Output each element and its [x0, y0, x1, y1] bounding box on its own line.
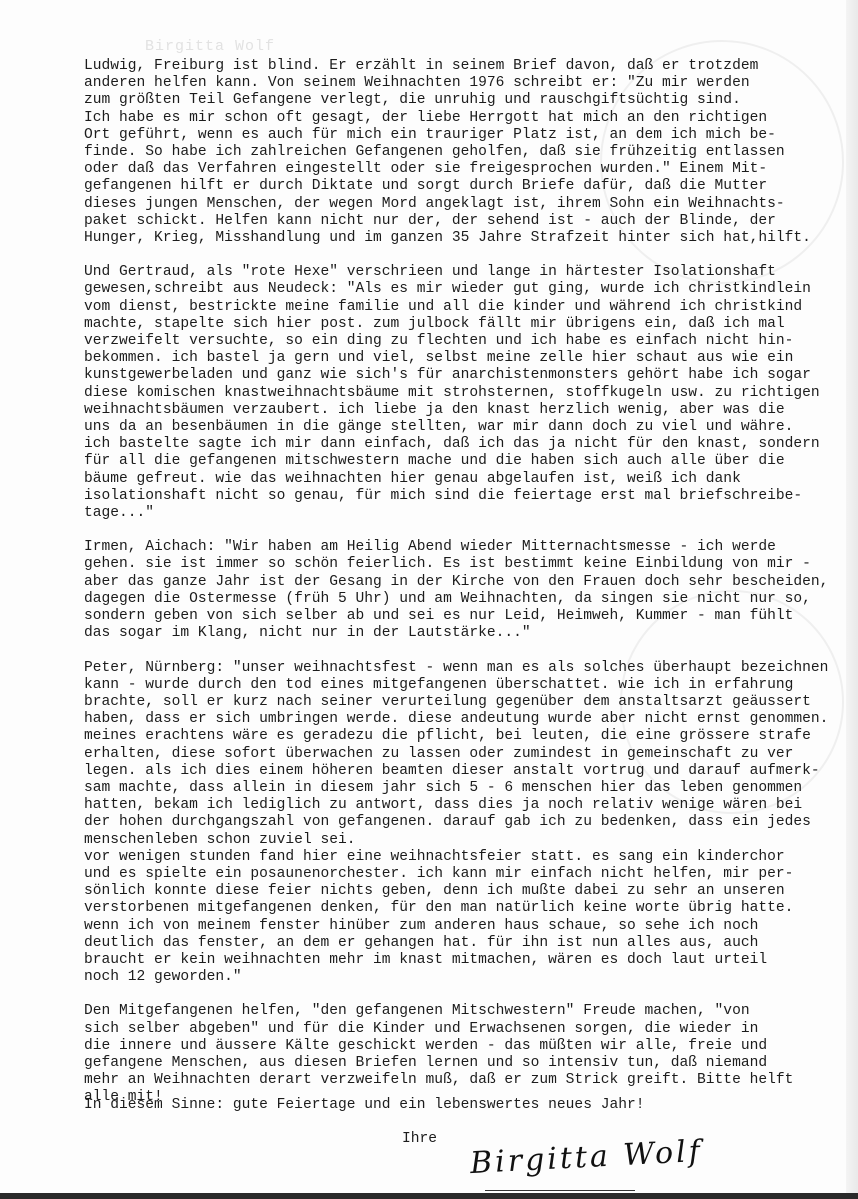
salutation: Ihre [402, 1131, 437, 1147]
signature-text: Birgitta Wolf [469, 1134, 703, 1181]
text-line: Ludwig, Freiburg ist blind. Er erzählt i… [84, 58, 854, 75]
text-line: die innere und äussere Kälte geschickt w… [84, 1038, 854, 1055]
text-line: wenn ich von meinem fenster hinüber zum … [84, 918, 854, 935]
paragraph-gap [84, 986, 854, 1003]
text-line: finde. So habe ich zahlreichen Gefangene… [84, 144, 854, 161]
paragraph-gap [84, 522, 854, 539]
text-line: bekommen. ich bastel ja gern und viel, s… [84, 350, 854, 367]
text-line: diese komischen knastweihnachtsbäume mit… [84, 385, 854, 402]
show-through-header: Birgitta Wolf [145, 38, 275, 55]
letter-paragraph: Peter, Nürnberg: "unser weihnachtsfest -… [84, 660, 854, 987]
text-line: Den Mitgefangenen helfen, "den gefangene… [84, 1003, 854, 1020]
text-line: tage..." [84, 505, 854, 522]
text-line: sönlich konnte diese feier nichts geben,… [84, 883, 854, 900]
paragraph-gap [84, 247, 854, 264]
closing-line: In diesem Sinne: gute Feiertage und ein … [84, 1097, 645, 1113]
text-line: gehen. sie ist immer so schön feierlich.… [84, 556, 854, 573]
text-line: gefangene Menschen, aus diesen Briefen l… [84, 1055, 854, 1072]
text-line: haben, dass er sich umbringen werde. die… [84, 711, 854, 728]
text-line: uns da an besenbäumen in die gänge stell… [84, 419, 854, 436]
text-line: noch 12 geworden." [84, 969, 854, 986]
handwritten-signature: Birgitta Wolf [470, 1140, 730, 1199]
text-line: erhalten, diese sofort überwachen zu las… [84, 746, 854, 763]
letter-paragraph: Und Gertraud, als "rote Hexe" verschriee… [84, 264, 854, 522]
text-line: isolationshaft nicht so genau, für mich … [84, 488, 854, 505]
letter-paragraph: Irmen, Aichach: "Wir haben am Heilig Abe… [84, 539, 854, 642]
text-line: Hunger, Krieg, Misshandlung und im ganze… [84, 230, 854, 247]
text-line: Ich habe es mir schon oft gesagt, der li… [84, 110, 854, 127]
text-line: anderen helfen kann. Von seinem Weihnach… [84, 75, 854, 92]
text-line: menschenleben schon zuviel sei. [84, 832, 854, 849]
letter-paragraph: Den Mitgefangenen helfen, "den gefangene… [84, 1003, 854, 1106]
text-line: ich bastelte sagte ich mir dann einfach,… [84, 436, 854, 453]
text-line: Und Gertraud, als "rote Hexe" verschriee… [84, 264, 854, 281]
text-line: verzweifelt versuchte, so ein ding zu fl… [84, 333, 854, 350]
letter-paragraph: Ludwig, Freiburg ist blind. Er erzählt i… [84, 58, 854, 247]
text-line: gefangenen hilft er durch Diktate und so… [84, 178, 854, 195]
text-line: aber das ganze Jahr ist der Gesang in de… [84, 574, 854, 591]
text-line: dieses jungen Menschen, der wegen Mord a… [84, 196, 854, 213]
text-line: weihnachtsbäumen verzaubert. ich liebe j… [84, 402, 854, 419]
text-line: gewesen,schreibt aus Neudeck: "Als es mi… [84, 281, 854, 298]
text-line: bäume gefreut. wie das weihnachten hier … [84, 471, 854, 488]
text-line: sondern geben von sich selber ab und sei… [84, 608, 854, 625]
signature-underline [485, 1190, 635, 1191]
text-line: der hohen durchgangszahl von gefangenen.… [84, 814, 854, 831]
text-line: das sogar im Klang, nicht nur in der Lau… [84, 625, 854, 642]
letter-page: Birgitta Wolf Ludwig, Freiburg ist blind… [0, 0, 858, 1199]
text-line: kunstgewerbeladen und ganz wie sich's fü… [84, 367, 854, 384]
text-line: brachte, soll er kurz nach seiner verurt… [84, 694, 854, 711]
text-line: paket schickt. Helfen kann nicht nur der… [84, 213, 854, 230]
text-line: für all die gefangenen mitschwestern mac… [84, 453, 854, 470]
text-line: verstorbenen mitgefangenen denken, für d… [84, 900, 854, 917]
text-line: Irmen, Aichach: "Wir haben am Heilig Abe… [84, 539, 854, 556]
text-line: oder daß das Verfahren eingestellt oder … [84, 161, 854, 178]
text-line: und es spielte ein posaunenorchester. ic… [84, 866, 854, 883]
text-line: sich selber abgeben" und für die Kinder … [84, 1021, 854, 1038]
text-line: zum größten Teil Gefangene verlegt, die … [84, 92, 854, 109]
text-line: Peter, Nürnberg: "unser weihnachtsfest -… [84, 660, 854, 677]
scan-bottom-edge [0, 1193, 858, 1199]
text-line: hatten, bekam ich lediglich zu antwort, … [84, 797, 854, 814]
text-line: machte, stapelte sich hier post. zum jul… [84, 316, 854, 333]
paragraph-gap [84, 643, 854, 660]
text-line: braucht er kein weihnachten mehr im knas… [84, 952, 854, 969]
text-line: Ort geführt, wenn es auch für mich ein t… [84, 127, 854, 144]
text-line: kann - wurde durch den tod eines mitgefa… [84, 677, 854, 694]
text-line: sam machte, dass allein in diesem jahr s… [84, 780, 854, 797]
letter-body: Ludwig, Freiburg ist blind. Er erzählt i… [84, 58, 854, 1107]
text-line: vor wenigen stunden fand hier eine weihn… [84, 849, 854, 866]
text-line: meines erachtens wäre es geradezu die pf… [84, 728, 854, 745]
text-line: legen. als ich dies einem höheren beamte… [84, 763, 854, 780]
text-line: dagegen die Ostermesse (früh 5 Uhr) und … [84, 591, 854, 608]
text-line: mehr an Weihnachten derart verzweifeln m… [84, 1072, 854, 1089]
text-line: deutlich das fenster, an dem er gehangen… [84, 935, 854, 952]
text-line: vom dienst, bestrickte meine familie und… [84, 299, 854, 316]
